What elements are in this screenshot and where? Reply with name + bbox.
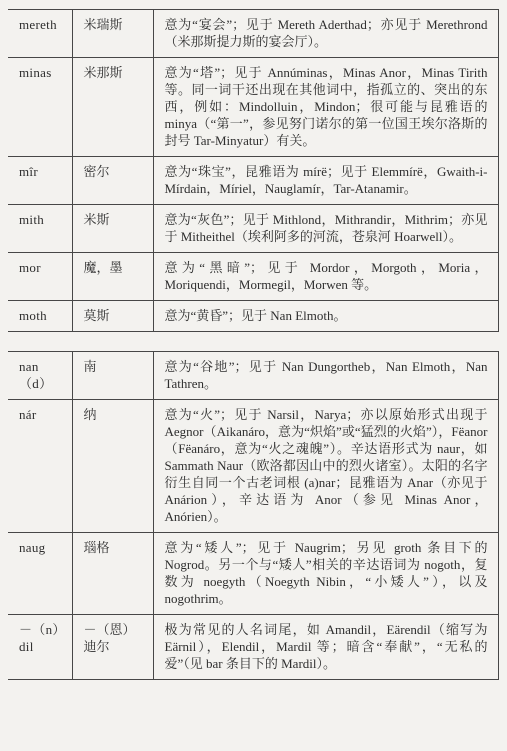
term-cell: nan（d） <box>8 352 72 400</box>
translit-cell: 南 <box>72 352 153 400</box>
desc-cell: 意为“谷地”；见于 Nan Dungortheb，Nan Elmoth，Nan … <box>153 352 498 400</box>
table-row: mor 魔，墨 意为“黑暗”；见于 Mordor，Morgoth，Moria，M… <box>8 253 498 301</box>
translit-cell: 魔，墨 <box>72 253 153 301</box>
term-cell: nár <box>8 400 72 533</box>
translit-cell: 米那斯 <box>72 58 153 157</box>
desc-cell: 意为“宴会”；见于 Mereth Aderthad；亦见于 Merethrond… <box>153 10 498 58</box>
translit-cell: 纳 <box>72 400 153 533</box>
table-row: －（n）dil －（恩）迪尔 极为常见的人名词尾，如 Amandil，Eären… <box>8 615 498 680</box>
translit-cell: －（恩）迪尔 <box>72 615 153 680</box>
desc-cell: 意为“塔”；见于 Annúminas，Minas Anor，Minas Tiri… <box>153 58 498 157</box>
desc-cell: 意为“珠宝”，昆雅语为 mírë；见于 Elemmírë，Gwaith-i-Mí… <box>153 157 498 205</box>
table-row: nár 纳 意为“火”；见于 Narsil，Narya；亦以原始形式出现于 Ae… <box>8 400 498 533</box>
desc-cell: 意为“黄昏”；见于 Nan Elmoth。 <box>153 301 498 332</box>
translit-cell: 米瑞斯 <box>72 10 153 58</box>
scanned-book-page: mereth 米瑞斯 意为“宴会”；见于 Mereth Aderthad；亦见于… <box>0 0 507 751</box>
glossary-table-m: mereth 米瑞斯 意为“宴会”；见于 Mereth Aderthad；亦见于… <box>8 9 499 332</box>
glossary-table-n: nan（d） 南 意为“谷地”；见于 Nan Dungortheb，Nan El… <box>8 351 499 680</box>
table-row: moth 莫斯 意为“黄昏”；见于 Nan Elmoth。 <box>8 301 498 332</box>
table-row: mîr 密尔 意为“珠宝”，昆雅语为 mírë；见于 Elemmírë，Gwai… <box>8 157 498 205</box>
translit-cell: 瑙格 <box>72 533 153 615</box>
term-cell: mereth <box>8 10 72 58</box>
term-cell: mor <box>8 253 72 301</box>
term-cell: －（n）dil <box>8 615 72 680</box>
table-row: naug 瑙格 意为“矮人”；见于 Naugrim；另见 groth 条目下的 … <box>8 533 498 615</box>
table-row: mereth 米瑞斯 意为“宴会”；见于 Mereth Aderthad；亦见于… <box>8 10 498 58</box>
table-row: nan（d） 南 意为“谷地”；见于 Nan Dungortheb，Nan El… <box>8 352 498 400</box>
term-cell: mith <box>8 205 72 253</box>
desc-cell: 意为“灰色”；见于 Mithlond，Mithrandir，Mithrim；亦见… <box>153 205 498 253</box>
table-row: mith 米斯 意为“灰色”；见于 Mithlond，Mithrandir，Mi… <box>8 205 498 253</box>
translit-cell: 莫斯 <box>72 301 153 332</box>
term-cell: mîr <box>8 157 72 205</box>
table-row: minas 米那斯 意为“塔”；见于 Annúminas，Minas Anor，… <box>8 58 498 157</box>
desc-cell: 意为“火”；见于 Narsil，Narya；亦以原始形式出现于 Aegnor（A… <box>153 400 498 533</box>
translit-cell: 密尔 <box>72 157 153 205</box>
desc-cell: 意为“矮人”；见于 Naugrim；另见 groth 条目下的 Nogrod。另… <box>153 533 498 615</box>
term-cell: minas <box>8 58 72 157</box>
term-cell: naug <box>8 533 72 615</box>
term-cell: moth <box>8 301 72 332</box>
desc-cell: 意为“黑暗”；见于 Mordor，Morgoth，Moria，Moriquend… <box>153 253 498 301</box>
desc-cell: 极为常见的人名词尾，如 Amandil，Eärendil（缩写为 Eärnil）… <box>153 615 498 680</box>
translit-cell: 米斯 <box>72 205 153 253</box>
